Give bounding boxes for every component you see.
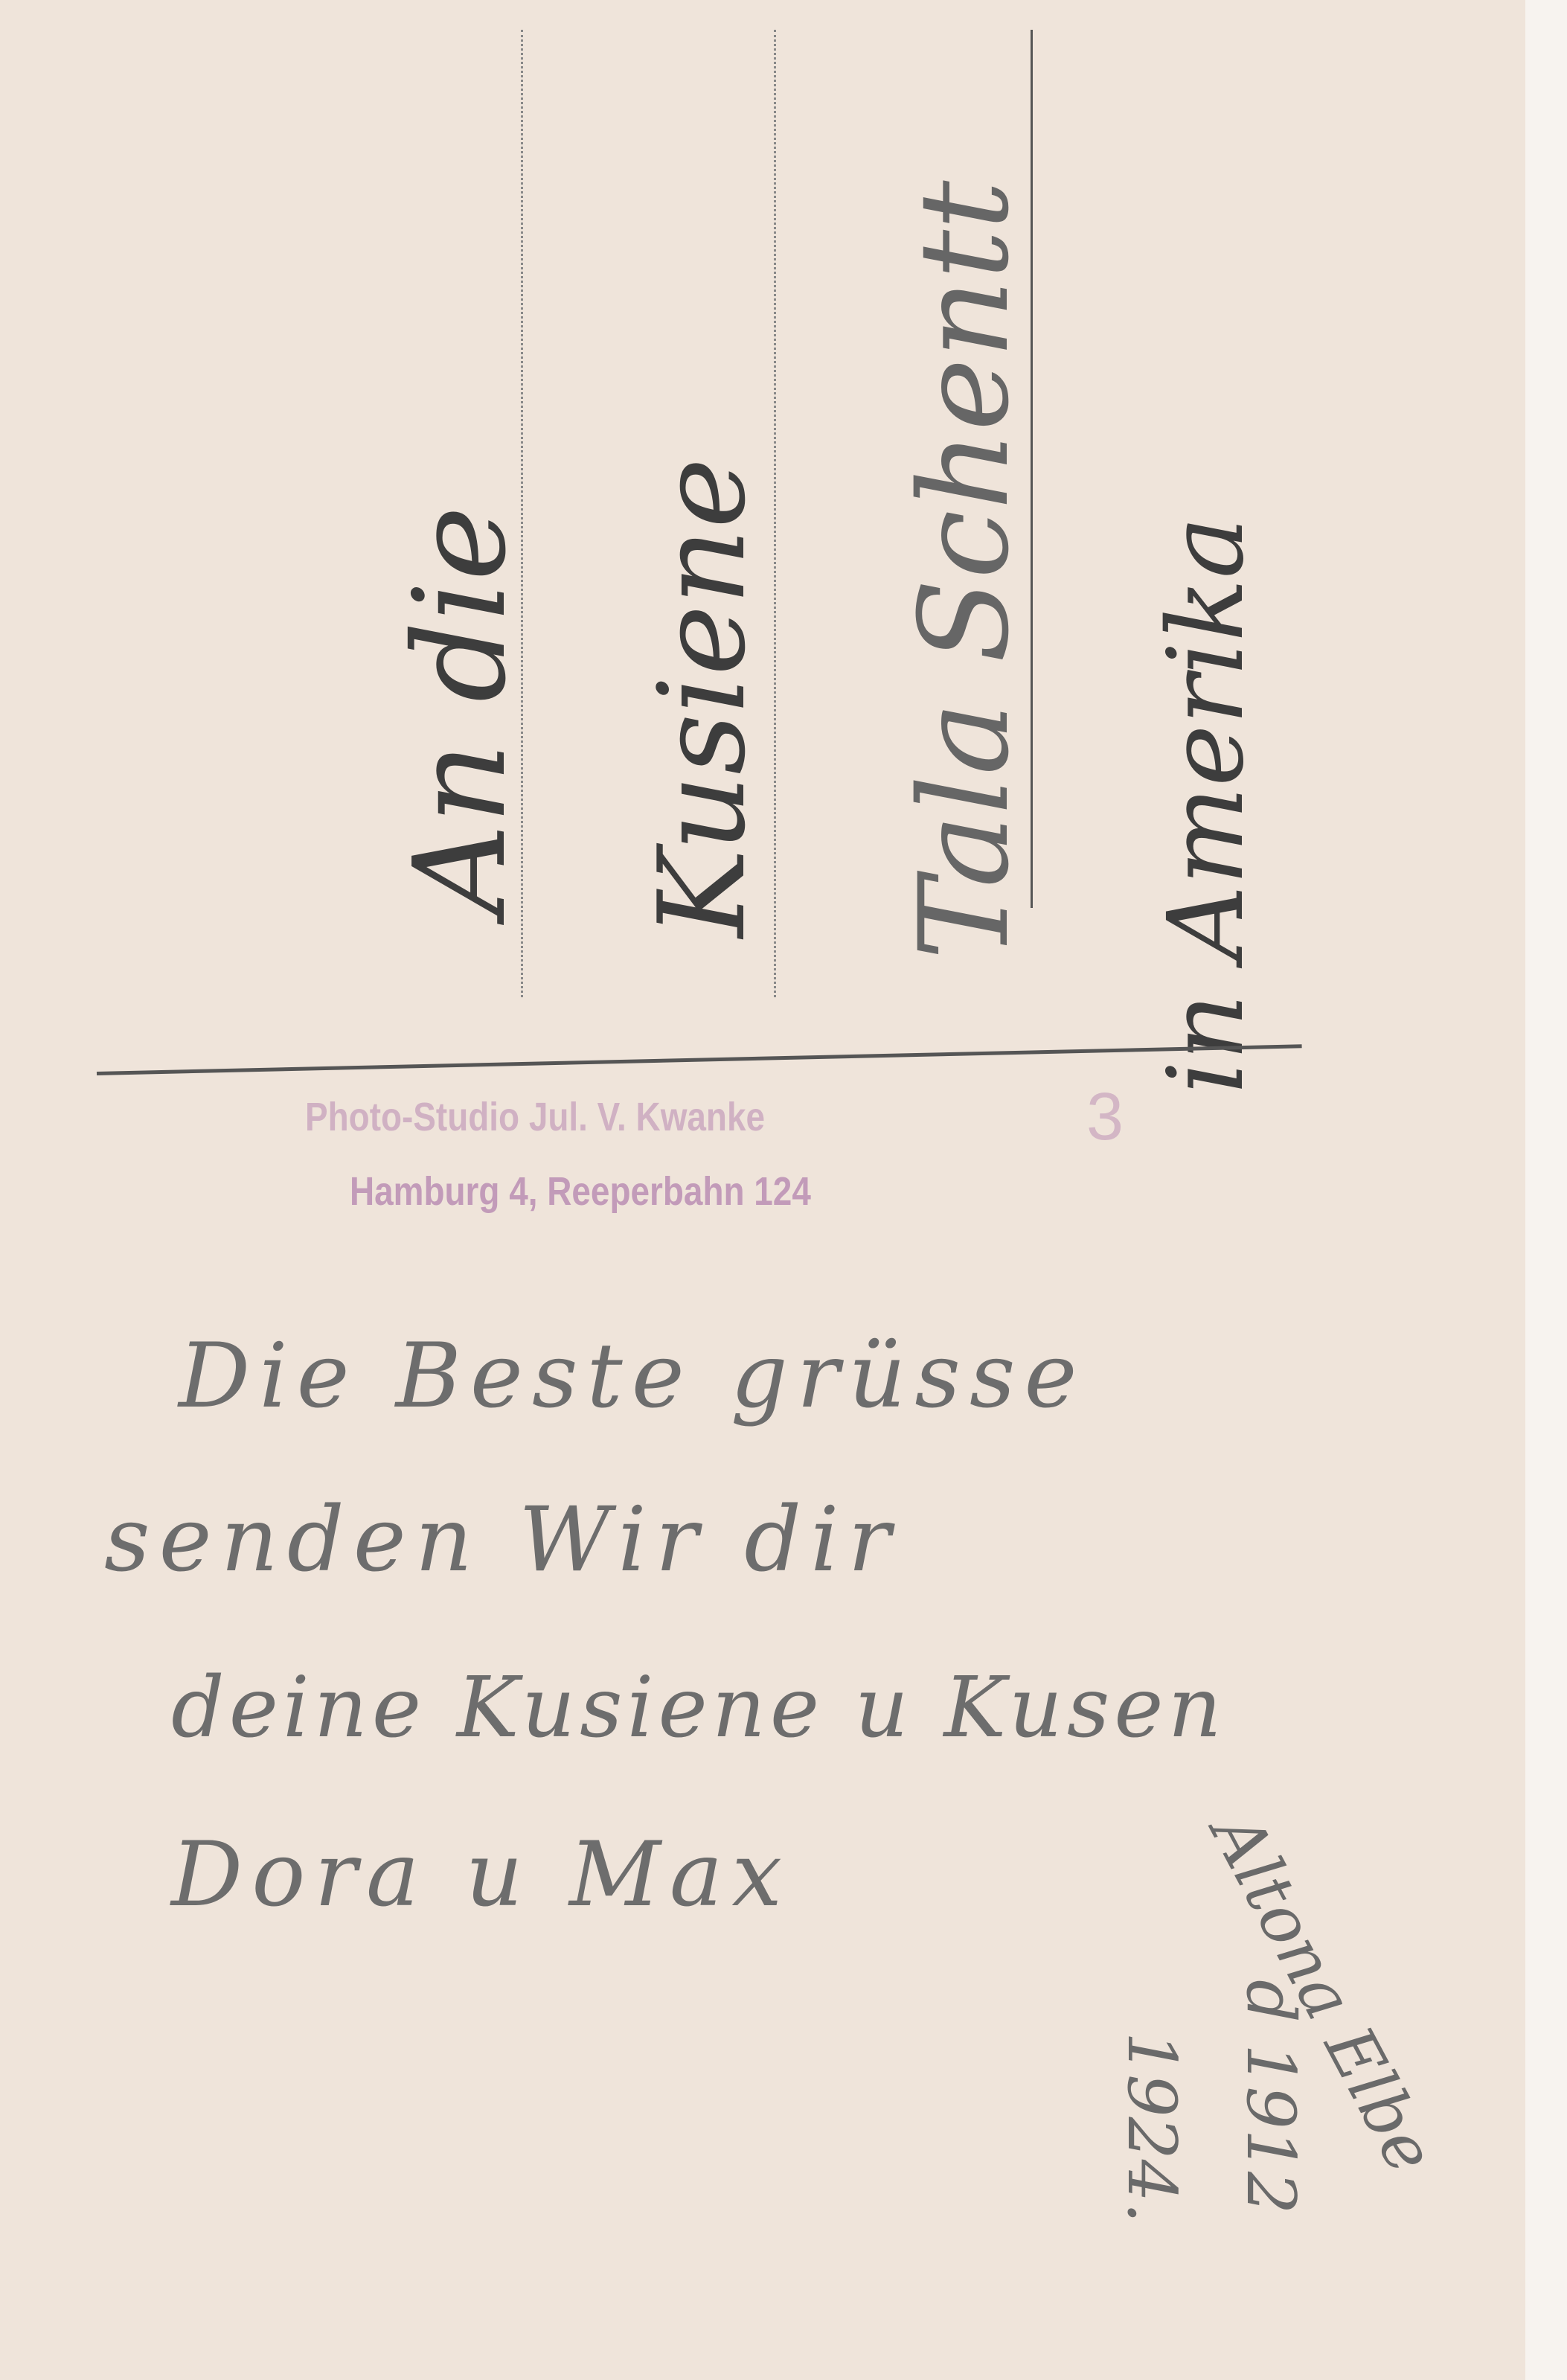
address-guide-line: [774, 30, 776, 997]
divider-line: [97, 1044, 1302, 1075]
studio-stamp-name: Photo-Studio Jul. V. Kwanke: [305, 1094, 765, 1140]
postcard-back: An die Kusiene Tala Schentt in Amerika P…: [0, 0, 1567, 2380]
message-line-2: senden Wir dir: [104, 1488, 900, 1592]
date-year: 1924.: [1112, 2032, 1191, 2224]
date-value: d 1912: [1231, 1980, 1310, 2214]
card-edge: [1525, 0, 1567, 2380]
message-line-3: deine Kusiene u Kusen: [171, 1660, 1226, 1756]
address-line-1: An die: [387, 506, 534, 915]
message-line-1: Die Beste grüsse: [179, 1325, 1086, 1428]
studio-stamp-address: Hamburg 4, Reeperbahn 124: [350, 1168, 811, 1215]
address-line-3: Tala Schentt: [893, 181, 1036, 960]
address-line-4: in Amerika: [1146, 516, 1267, 1094]
address-line-2: Kusiene: [632, 458, 772, 938]
message-line-4: Dora u Max: [171, 1823, 791, 1927]
stamp-number: 3: [1086, 1079, 1124, 1156]
